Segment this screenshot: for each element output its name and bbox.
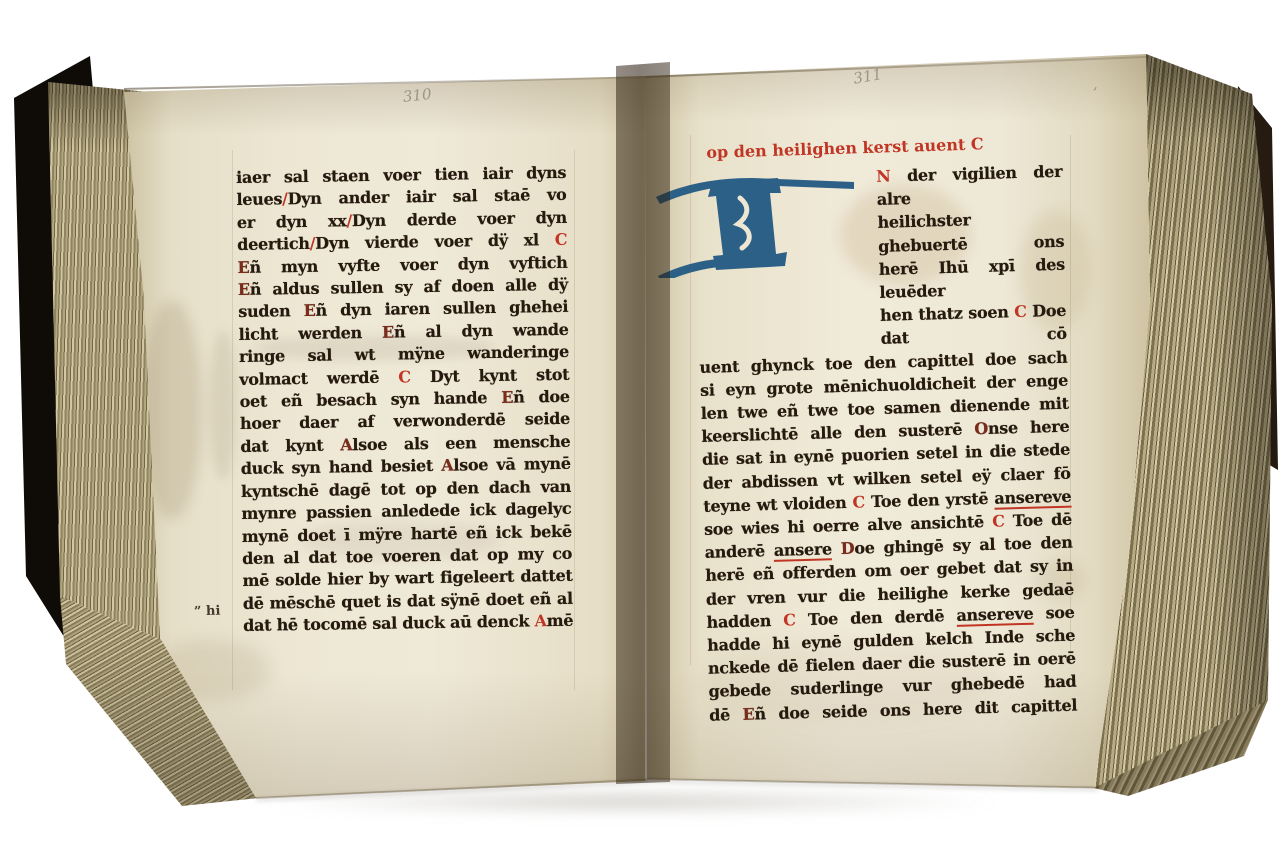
ruling-line: [232, 150, 233, 690]
text-run: mē solde hier by wart figeleert dattet: [242, 566, 572, 590]
text-run: hen thatz soen: [880, 302, 1015, 325]
text-run: licht werden: [238, 323, 382, 344]
text-run: lsoe als een mensche: [352, 432, 570, 454]
text-run: hoer daer af verwonderdē seide: [240, 409, 570, 433]
text-run: C: [852, 492, 865, 511]
text-run: C: [992, 512, 1005, 531]
text-run: nse here: [988, 417, 1070, 438]
margin-note: ” hi: [194, 604, 221, 620]
illuminated-initial-I: [654, 166, 858, 278]
folio-number-left: 310: [402, 85, 432, 106]
text-run: mynē doet ī mÿre hartē eñ ick bekē: [242, 521, 572, 545]
text-run: teyne wt vloiden: [703, 493, 853, 516]
text-run: heilichster ghebuertē ons: [877, 211, 1064, 256]
text-run: Dyn vierde voer dÿ xl: [315, 230, 555, 253]
text-run: D: [841, 539, 855, 558]
manuscript-line: dat hē tocomē sal duck aū denck Amē: [243, 610, 573, 638]
text-run: ñ aldus sullen sy af doen alle dÿ: [250, 275, 568, 299]
text-run: suden: [238, 301, 304, 321]
text-run: oet eñ besach syn hande: [240, 388, 502, 411]
text-run: er dyn xx: [237, 211, 347, 232]
text-run: der vigilien der alre: [877, 162, 1063, 209]
text-run: ansereve: [956, 604, 1033, 627]
text-run: lsoe vā mynē: [453, 454, 571, 475]
text-run: ñ al dyn wande: [394, 320, 569, 342]
text-run: E: [501, 388, 513, 407]
left-text-block: iaer sal staen voer tien iair dynsleues/…: [236, 162, 573, 638]
text-run: herē Ihū xpī des leuēder: [879, 255, 1065, 302]
text-run: O: [974, 419, 988, 438]
text-run: iaer sal staen voer tien iair dyns: [236, 163, 566, 187]
text-run: E: [742, 704, 754, 723]
text-run: dē: [709, 705, 743, 725]
text-run: mynre passien anledede ick dagelyc: [241, 499, 571, 523]
text-run: ansereve: [994, 486, 1071, 509]
text-run: kyntschē dagē tot op den dach van: [241, 476, 571, 500]
text-run: ñ dyn iaren sullen ghehei: [315, 297, 568, 320]
text-run: Dyt kynt stot: [411, 364, 570, 385]
photo-open-manuscript-book: 310 ” hi iaer sal staen voer tien iair d…: [0, 0, 1280, 860]
text-run: Dyn derde voer dyn: [352, 208, 567, 230]
text-run: duck syn hand besiet: [241, 456, 442, 478]
manuscript-line: heilichster ghebuertē ons: [877, 206, 1064, 258]
text-run: A: [534, 611, 546, 630]
text-run: A: [441, 456, 453, 475]
text-run: ansere: [774, 540, 833, 563]
text-run: dē mēschē quet is dat sÿnē doet eñ al: [243, 588, 573, 612]
text-run: E: [382, 322, 394, 341]
text-run: Toe dē: [1004, 510, 1072, 531]
text-run: anderē: [704, 541, 774, 562]
text-run: A: [340, 435, 352, 454]
text-run: E: [304, 301, 316, 320]
chapter-heading-rubric: op den heilighen kerst auent C: [706, 133, 1036, 162]
text-run: soe: [1033, 602, 1075, 622]
text-run: C: [1014, 302, 1027, 321]
text-run: ñ doe: [513, 387, 570, 407]
folio-number-right: 311: [852, 65, 883, 88]
text-run: E: [237, 257, 249, 276]
text-run: den al dat toe voeren dat op my co: [242, 544, 572, 568]
text-run: Dyn ander iair sal staē vo: [288, 185, 567, 208]
text-run: N: [876, 167, 891, 186]
text-run: hadden: [706, 611, 783, 632]
text-run: C: [555, 230, 568, 249]
text-run: Toe den yrstē: [865, 489, 995, 512]
manuscript-line: hen thatz soen C Doe dat cō: [880, 299, 1067, 351]
ruling-line: [574, 150, 575, 690]
pencil-mark: ’: [1090, 84, 1098, 103]
text-run: ringe sal wt mÿne wanderinge: [239, 342, 569, 366]
text-run: dat kynt: [240, 435, 340, 456]
show-through-stain: [210, 330, 236, 480]
text-run: C: [783, 610, 796, 629]
text-run: mē: [547, 611, 574, 630]
text-run: volmact werdē: [239, 367, 398, 388]
manuscript-line: herē Ihū xpī des leuēder: [879, 253, 1066, 305]
text-run: Toe den derdē: [795, 606, 956, 629]
text-run: E: [238, 280, 250, 299]
text-run: leues: [236, 190, 282, 210]
text-run: dat hē tocomē sal duck aū denck: [243, 611, 535, 635]
text-run: deertich: [237, 234, 310, 254]
text-run: ñ myn vyfte voer dyn vyftich: [249, 252, 567, 276]
manuscript-line: N der vigilien der alre: [876, 160, 1063, 212]
text-run: C: [398, 367, 411, 386]
